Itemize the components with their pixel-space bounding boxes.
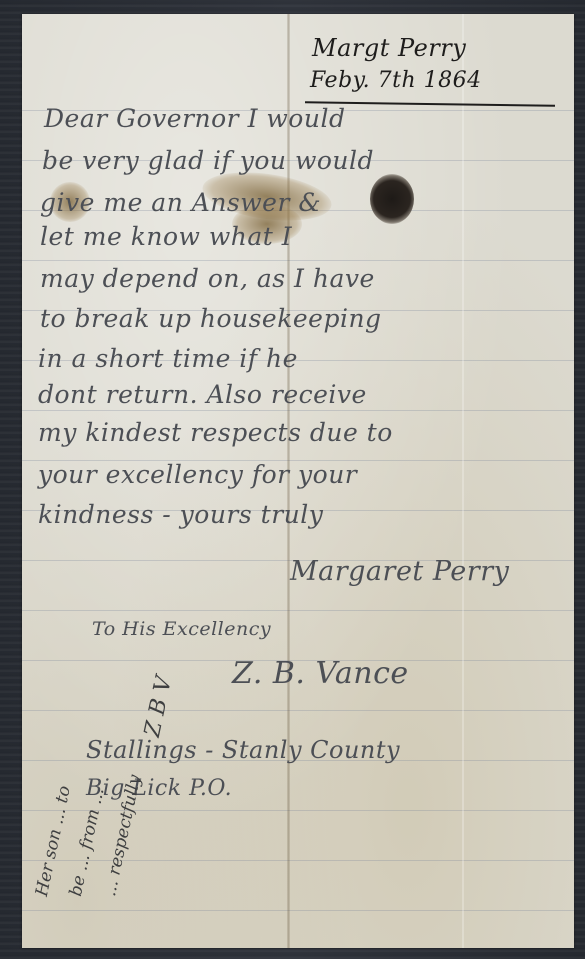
address-line-2: Z. B. Vance [232, 656, 409, 691]
body-line: let me know what I [40, 222, 292, 251]
body-line: my kindest respects due to [38, 418, 393, 447]
letter-paper: Margt Perry Feby. 7th 1864 Dear Governor… [22, 14, 574, 948]
ink-blot [370, 174, 414, 224]
body-line: be very glad if you would [42, 146, 374, 175]
ruled-line [22, 410, 574, 411]
ruled-line [22, 910, 574, 911]
body-line: Dear Governor I would [44, 104, 345, 133]
location-line-2: Big Lick P.O. [86, 776, 232, 801]
body-line: give me an Answer & [40, 188, 321, 217]
ruled-line [22, 860, 574, 861]
ruled-line [22, 260, 574, 261]
ruled-line [22, 810, 574, 811]
location-line-1: Stallings - Stanly County [86, 736, 400, 764]
signature: Margaret Perry [290, 556, 509, 587]
body-line: in a short time if he [38, 344, 298, 373]
body-line: may depend on, as I have [40, 264, 375, 293]
header-date: Feby. 7th 1864 [310, 68, 482, 93]
body-line: dont return. Also receive [38, 380, 367, 409]
margin-note-initials: Z B V [140, 674, 177, 739]
header-name: Margt Perry [312, 34, 466, 62]
body-line: your excellency for your [38, 460, 357, 489]
body-line: kindness - yours truly [38, 500, 323, 529]
body-line: to break up housekeeping [40, 304, 382, 333]
ruled-line [22, 710, 574, 711]
paper-crease [462, 14, 464, 948]
address-line-1: To His Excellency [92, 618, 271, 640]
ruled-line [22, 610, 574, 611]
